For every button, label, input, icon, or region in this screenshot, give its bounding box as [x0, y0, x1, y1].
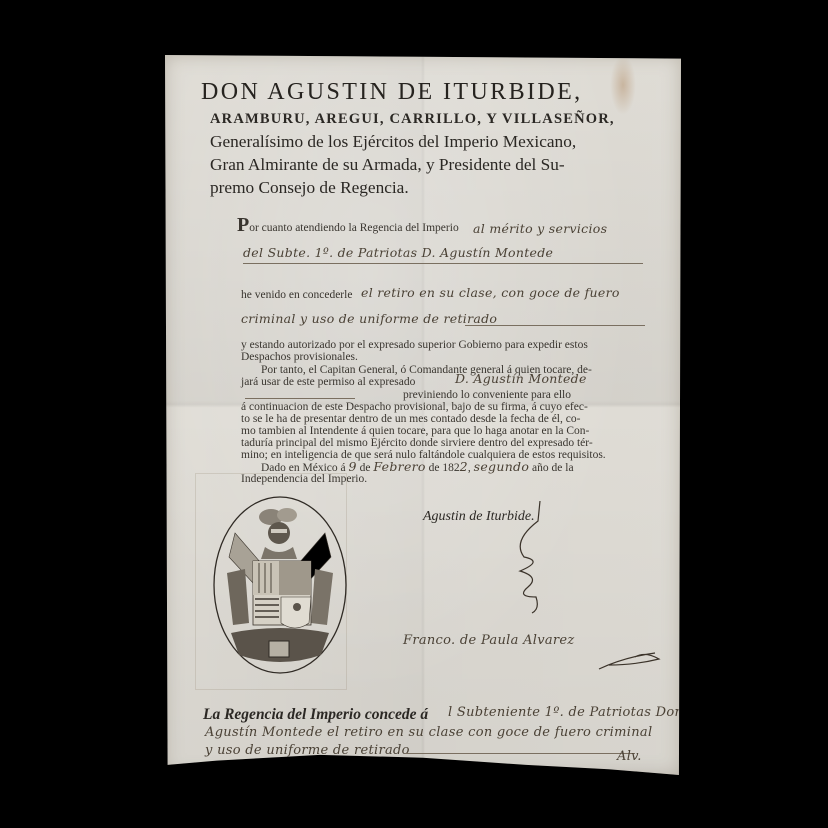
- p1-text: or cuanto atendiendo la Regencia del Imp…: [249, 222, 458, 234]
- titles-line-1: Generalísimo de los Ejércitos del Imperi…: [210, 130, 675, 153]
- fill-line-1: [243, 263, 643, 264]
- handwritten-recipient: del Subte. 1º. de Patriotas D. Agustín M…: [243, 245, 553, 260]
- date-year-digit: 2: [460, 459, 468, 474]
- footer-handwritten-1: l Subteniente 1º. de Patriotas Don: [448, 705, 683, 720]
- footer-initials: Alv.: [617, 749, 642, 764]
- document-titles: Generalísimo de los Ejércitos del Imperi…: [210, 130, 675, 199]
- titles-line-3: premo Consejo de Regencia.: [210, 176, 675, 199]
- document-title: DON AGUSTIN DE ITURBIDE,: [201, 79, 583, 106]
- p3-line-1: y estando autorizado por el expresado su…: [241, 339, 588, 351]
- p3-line-2: Despachos provisionales.: [241, 351, 358, 363]
- paper-stain: [610, 55, 636, 115]
- p4-line-6: mo tambien al Intendente á quien tocare,…: [241, 425, 589, 437]
- date-text-c: de 182: [429, 462, 460, 474]
- p4-line-7: taduría principal del mismo Ejército don…: [241, 437, 593, 449]
- fill-line-3: [245, 398, 355, 399]
- document-paper: DON AGUSTIN DE ITURBIDE, ARAMBURU, AREGU…: [165, 55, 681, 775]
- fill-line-footer: [405, 753, 635, 754]
- p4-line-4: á continuacion de este Despacho provisio…: [241, 401, 588, 413]
- footer-handwritten-3: y uso de uniforme de retirado: [205, 743, 410, 758]
- paragraph-2-printed: he venido en concederle: [241, 289, 352, 301]
- handwritten-grant-cont: criminal y uso de uniforme de retirado: [241, 311, 497, 326]
- fill-line-2: [465, 325, 645, 326]
- p4-line-2: jará usar de este permiso al expresado: [241, 376, 415, 388]
- secretary-rubric: [595, 635, 665, 675]
- date-regnal-year: segundo: [474, 459, 530, 474]
- date-day: 9: [349, 459, 357, 474]
- footer-printed-text: La Regencia del Imperio concede á: [203, 706, 428, 724]
- coat-of-arms-emblem: [205, 473, 355, 683]
- secretary-signature: Franco. de Paula Alvarez: [403, 633, 575, 648]
- handwritten-grant: el retiro en su clase, con goce de fuero: [361, 285, 620, 300]
- date-text-d: año de la: [532, 462, 574, 474]
- paragraph-1-printed: Por cuanto atendiendo la Regencia del Im…: [237, 219, 459, 234]
- p4-line-5: to se le ha de presentar dentro de un me…: [241, 413, 580, 425]
- date-month: Febrero: [373, 459, 425, 474]
- drop-cap: P: [237, 214, 249, 236]
- p4-line-3: previniendo lo conveniente para ello: [403, 389, 571, 401]
- titles-line-2: Gran Almirante de su Armada, y President…: [210, 153, 675, 176]
- document-subtitle-names: ARAMBURU, AREGUI, CARRILLO, Y VILLASEÑOR…: [210, 111, 615, 128]
- footer-handwritten-2: Agustín Montede el retiro en su clase co…: [205, 725, 652, 740]
- handwritten-name: D. Agustín Montede: [455, 371, 587, 386]
- iturbide-rubric: [510, 501, 550, 621]
- handwritten-merit: al mérito y servicios: [473, 221, 607, 236]
